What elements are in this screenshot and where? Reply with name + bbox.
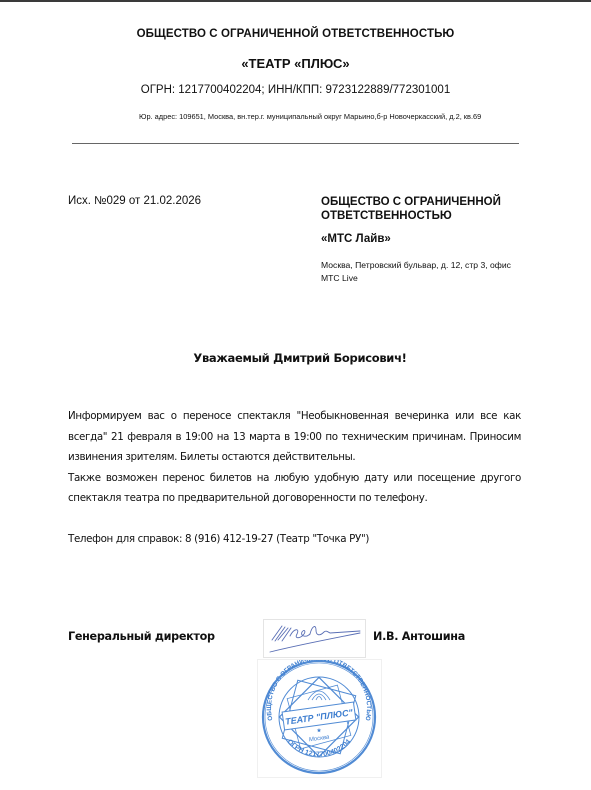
letterhead-divider bbox=[72, 143, 519, 144]
body-paragraph-2: Также возможен перенос билетов на любую … bbox=[68, 468, 521, 509]
svg-text:★: ★ bbox=[317, 728, 322, 734]
recipient-block: ОБЩЕСТВО С ОГРАНИЧЕННОЙ ОТВЕТСТВЕННОСТЬЮ… bbox=[321, 195, 521, 285]
greeting: Уважаемый Дмитрий Борисович! bbox=[0, 351, 591, 365]
letterhead-org-type: ОБЩЕСТВО С ОГРАНИЧЕННОЙ ОТВЕТСТВЕННОСТЬЮ bbox=[0, 28, 591, 40]
company-stamp: ОБЩЕСТВО С ОГРАНИЧЕННОЙ ОТВЕТСТВЕННОСТЬЮ… bbox=[257, 659, 382, 778]
recipient-org-name: «МТС Лайв» bbox=[321, 233, 521, 245]
recipient-org-type: ОБЩЕСТВО С ОГРАНИЧЕННОЙ ОТВЕТСТВЕННОСТЬЮ bbox=[321, 195, 521, 223]
contact-phone: Телефон для справок: 8 (916) 412-19-27 (… bbox=[68, 529, 521, 550]
signature-image bbox=[263, 619, 366, 658]
outgoing-number: Исх. №029 от 21.02.2026 bbox=[68, 195, 201, 207]
letterhead-legal-address: Юр. адрес: 109651, Москва, вн.тер.г. мун… bbox=[139, 112, 481, 121]
letterhead-org-name: «ТЕАТР «ПЛЮС» bbox=[0, 56, 591, 71]
letter-body: Информируем вас о переносе спектакля "Не… bbox=[68, 406, 521, 550]
signatory-title: Генеральный директор bbox=[68, 630, 215, 643]
signatory-name: И.В. Антошина bbox=[373, 630, 465, 643]
body-paragraph-1: Информируем вас о переносе спектакля "Не… bbox=[68, 406, 521, 468]
letterhead-registration: ОГРН: 1217700402204; ИНН/КПП: 9723122889… bbox=[0, 84, 591, 96]
signature-icon bbox=[264, 620, 365, 657]
recipient-address: Москва, Петровский бульвар, д. 12, стр 3… bbox=[321, 259, 521, 285]
top-edge-bar bbox=[0, 0, 591, 2]
stamp-icon: ОБЩЕСТВО С ОГРАНИЧЕННОЙ ОТВЕТСТВЕННОСТЬЮ… bbox=[258, 660, 381, 777]
